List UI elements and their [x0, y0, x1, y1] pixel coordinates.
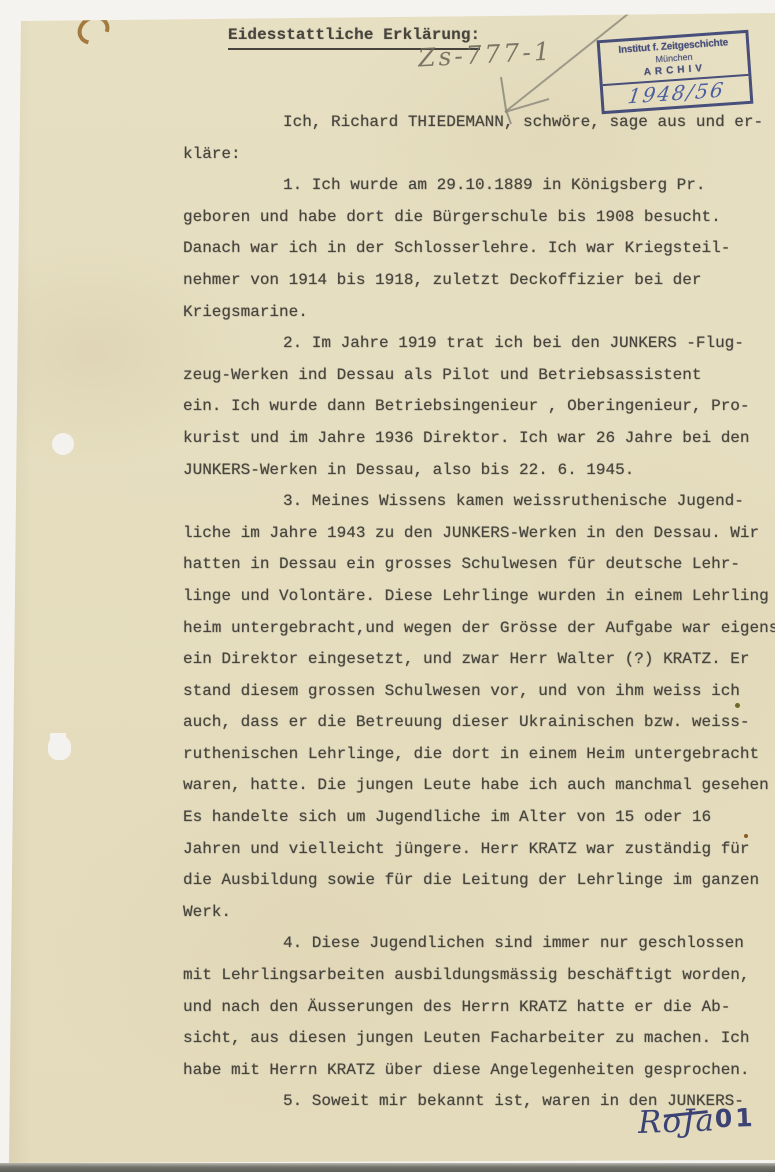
pencil-archive-ref: Zs-777-1	[417, 36, 553, 72]
bottom-annotation-number: 01	[714, 1103, 756, 1133]
document-line: mit Lehrlingsarbeiten ausbildungsmässig …	[0, 960, 775, 992]
document-line: Ich, Richard THIEDEMANN, schwöre, sage a…	[0, 107, 775, 139]
document-line: und nach den Äusserungen des Herrn KRATZ…	[0, 992, 775, 1024]
document-line: kurist und im Jahre 1936 Direktor. Ich w…	[0, 423, 775, 455]
scanned-document: Eidesstattliche Erklärung: Ich, Richard …	[0, 0, 775, 1172]
bottom-annotation: RoJa01	[637, 1101, 756, 1141]
scanner-edge	[0, 1163, 775, 1172]
document-line: ein Direktor eingesetzt, und zwar Herr W…	[0, 644, 775, 676]
document-line: JUNKERS-Werken in Dessau, also bis 22. 6…	[0, 455, 775, 487]
document-line: 2. Im Jahre 1919 trat ich bei den JUNKER…	[0, 328, 775, 360]
bottom-annotation-script: RoJa	[637, 1102, 715, 1141]
document-line: nehmer von 1914 bis 1918, zuletzt Deckof…	[0, 265, 775, 297]
document-line: geboren und habe dort die Bürgerschule b…	[0, 202, 775, 234]
document-line: auch, dass er die Betreuung dieser Ukrai…	[0, 707, 775, 739]
punch-hole-tear	[50, 733, 66, 740]
archive-stamp: Institut f. Zeitgeschichte München ARCHI…	[597, 30, 754, 114]
document-line: Werk.	[0, 897, 775, 929]
document-body: Ich, Richard THIEDEMANN, schwöre, sage a…	[0, 107, 775, 1118]
document-line: waren, hatte. Die jungen Leute habe ich …	[0, 770, 775, 802]
document-line: linge und Volontäre. Diese Lehrlinge wur…	[0, 581, 775, 613]
document-line: liche im Jahre 1943 zu den JUNKERS-Werke…	[0, 518, 775, 550]
document-line: zeug-Werken ind Dessau als Pilot und Bet…	[0, 360, 775, 392]
punch-hole	[52, 433, 74, 455]
document-line: die Ausbildung sowie für die Leitung der…	[0, 865, 775, 897]
document-line: stand diesem grossen Schulwesen vor, und…	[0, 676, 775, 708]
document-line: 1. Ich wurde am 29.10.1889 in Königsberg…	[0, 170, 775, 202]
document-line: sicht, aus diesen jungen Leuten Facharbe…	[0, 1023, 775, 1055]
document-line: Jahren und vielleicht jüngere. Herr KRAT…	[0, 834, 775, 866]
document-line: habe mit Herrn KRATZ über diese Angelege…	[0, 1055, 775, 1087]
stamp-number: 1948/56	[602, 76, 751, 110]
document-line: heim untergebracht,und wegen der Grösse …	[0, 613, 775, 645]
paper-sheet: Eidesstattliche Erklärung: Ich, Richard …	[0, 0, 775, 1172]
rust-stain	[72, 10, 115, 51]
document-line: Danach war ich in der Schlosserlehre. Ic…	[0, 233, 775, 265]
document-line: Es handelte sich um Jugendliche im Alter…	[0, 802, 775, 834]
document-line: Kriegsmarine.	[0, 297, 775, 329]
document-line: ruthenischen Lehrlinge, die dort in eine…	[0, 739, 775, 771]
document-line: kläre:	[0, 139, 775, 171]
document-line: hatten in Dessau ein grosses Schulwesen …	[0, 549, 775, 581]
document-line: 3. Meines Wissens kamen weissruthenische…	[0, 486, 775, 518]
document-line: 4. Diese Jugendlichen sind immer nur ges…	[0, 928, 775, 960]
document-line: ein. Ich wurde dann Betriebsingenieur , …	[0, 391, 775, 423]
